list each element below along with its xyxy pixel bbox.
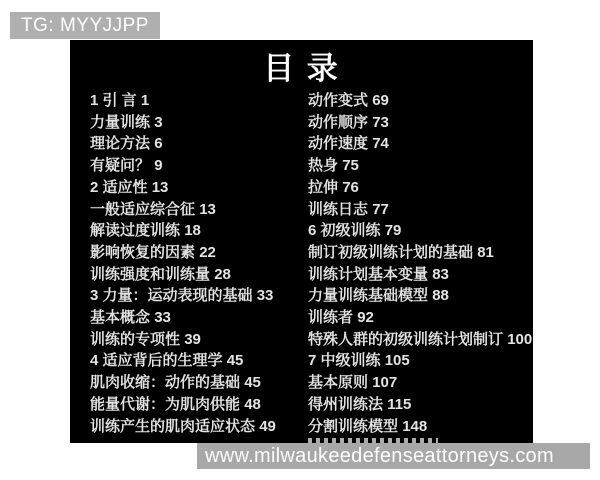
toc-entry-label: 解读过度训练 (90, 222, 180, 239)
toc-right-column: 动作变式 69动作顺序 73动作速度 74热身 75拉伸 76训练日志 776 … (308, 90, 532, 437)
toc-entry-label: 2 适应性 (90, 179, 148, 196)
toc-entry-label: 拉伸 (308, 179, 338, 196)
toc-entry-label: 有疑问？ (90, 157, 150, 174)
toc-entry-page: 45 (244, 374, 261, 391)
toc-entry-page: 73 (372, 114, 389, 131)
toc-entry-label: 力量训练 (90, 114, 150, 131)
toc-entry-label: 基本概念 (90, 309, 150, 326)
toc-entry-label: 训练强度和训练量 (90, 266, 210, 283)
toc-entry: 力量训练 3 (90, 112, 276, 134)
toc-entry: 一般适应综合征 13 (90, 199, 276, 221)
toc-page: 目 录 1 引 言 1力量训练 3理论方法 6有疑问？ 92 适应性 13一般适… (70, 40, 533, 443)
toc-entry-page: 13 (199, 201, 216, 218)
toc-entry-page: 77 (372, 201, 389, 218)
toc-entry: 3 力量：运动表现的基础 33 (90, 285, 276, 307)
toc-entry: 有疑问？ 9 (90, 155, 276, 177)
toc-entry: 拉伸 76 (308, 177, 532, 199)
toc-entry-label: 得州训练法 (308, 396, 383, 413)
toc-entry: 6 初级训练 79 (308, 220, 532, 242)
toc-entry: 训练产生的肌肉适应状态 49 (90, 416, 276, 438)
url-watermark: www.milwaukeedefenseattorneys.com (197, 443, 590, 469)
toc-entry-page: 49 (259, 418, 276, 435)
toc-entry-label: 特殊人群的初级训练计划制订 (308, 331, 503, 348)
toc-entry-label: 训练产生的肌肉适应状态 (90, 418, 255, 435)
toc-entry-page: 107 (372, 374, 397, 391)
toc-entry: 训练的专项性 39 (90, 329, 276, 351)
toc-entry: 动作变式 69 (308, 90, 532, 112)
toc-entry-label: 理论方法 (90, 135, 150, 152)
toc-entry: 力量训练基础模型 88 (308, 285, 532, 307)
toc-entry-label: 训练者 (308, 309, 353, 326)
toc-entry-label: 基本原则 (308, 374, 368, 391)
toc-entry-label: 分割训练模型 (308, 418, 398, 435)
screenshot-page: TG: MYYJJPP 目 录 1 引 言 1力量训练 3理论方法 6有疑问？ … (0, 0, 600, 480)
toc-entry-label: 训练的专项性 (90, 331, 180, 348)
toc-entry: 1 引 言 1 (90, 90, 276, 112)
toc-entry-label: 力量训练基础模型 (308, 287, 428, 304)
toc-entry-page: 3 (154, 114, 162, 131)
toc-entry-label: 动作顺序 (308, 114, 368, 131)
toc-entry: 得州训练法 115 (308, 394, 532, 416)
toc-entry-page: 6 (154, 135, 162, 152)
toc-entry: 基本原则 107 (308, 372, 532, 394)
toc-entry-label: 肌肉收缩：动作的基础 (90, 374, 240, 391)
toc-entry-label: 1 引 言 (90, 92, 137, 109)
toc-entry: 热身 75 (308, 155, 532, 177)
toc-entry-page: 22 (199, 244, 216, 261)
toc-entry-page: 33 (154, 309, 171, 326)
toc-entry-page: 9 (154, 157, 162, 174)
toc-entry: 训练计划基本变量 83 (308, 264, 532, 286)
toc-entry: 分割训练模型 148 (308, 416, 532, 438)
toc-entry: 影响恢复的因素 22 (90, 242, 276, 264)
toc-entry: 动作顺序 73 (308, 112, 532, 134)
toc-entry: 4 适应背后的生理学 45 (90, 350, 276, 372)
toc-entry-page: 79 (385, 222, 402, 239)
toc-entry: 7 中级训练 105 (308, 350, 532, 372)
toc-entry-page: 76 (342, 179, 359, 196)
toc-entry: 特殊人群的初级训练计划制订 100 (308, 329, 532, 351)
toc-entry-label: 动作变式 (308, 92, 368, 109)
toc-entry: 基本概念 33 (90, 307, 276, 329)
toc-entry-page: 18 (184, 222, 201, 239)
toc-entry-label: 3 力量：运动表现的基础 (90, 287, 253, 304)
toc-entry: 训练强度和训练量 28 (90, 264, 276, 286)
toc-entry-page: 74 (372, 135, 389, 152)
toc-entry-page: 100 (507, 331, 532, 348)
toc-entry: 解读过度训练 18 (90, 220, 276, 242)
toc-entry-page: 92 (357, 309, 374, 326)
toc-entry-label: 影响恢复的因素 (90, 244, 195, 261)
toc-entry: 能量代谢：为肌肉供能 48 (90, 394, 276, 416)
toc-entry-label: 一般适应综合征 (90, 201, 195, 218)
toc-entry-page: 83 (432, 266, 449, 283)
toc-entry: 制订初级训练计划的基础 81 (308, 242, 532, 264)
toc-entry-page: 45 (227, 352, 244, 369)
toc-entry-label: 6 初级训练 (308, 222, 381, 239)
toc-entry-page: 48 (244, 396, 261, 413)
toc-entry-label: 训练日志 (308, 201, 368, 218)
telegram-watermark-badge: TG: MYYJJPP (10, 12, 160, 39)
toc-entry-page: 75 (342, 157, 359, 174)
toc-entry-page: 33 (257, 287, 274, 304)
toc-entry-page: 28 (214, 266, 231, 283)
toc-entry-page: 115 (387, 396, 411, 413)
toc-entry-label: 制订初级训练计划的基础 (308, 244, 473, 261)
toc-entry-page: 105 (385, 352, 410, 369)
toc-entry-page: 39 (184, 331, 201, 348)
toc-entry-label: 热身 (308, 157, 338, 174)
toc-entry-page: 88 (432, 287, 449, 304)
toc-entry-label: 训练计划基本变量 (308, 266, 428, 283)
toc-entry: 训练者 92 (308, 307, 532, 329)
toc-entry-page: 1 (141, 92, 149, 109)
toc-entry: 动作速度 74 (308, 133, 532, 155)
toc-title: 目 录 (70, 43, 533, 88)
toc-entry-page: 81 (477, 244, 494, 261)
toc-entry: 理论方法 6 (90, 133, 276, 155)
toc-entry-label: 4 适应背后的生理学 (90, 352, 223, 369)
toc-entry-label: 动作速度 (308, 135, 368, 152)
toc-entry: 训练日志 77 (308, 199, 532, 221)
toc-entry-page: 69 (372, 92, 389, 109)
toc-entry: 2 适应性 13 (90, 177, 276, 199)
toc-entry-page: 13 (152, 179, 169, 196)
toc-entry-label: 7 中级训练 (308, 352, 381, 369)
toc-entry-label: 能量代谢：为肌肉供能 (90, 396, 240, 413)
toc-left-column: 1 引 言 1力量训练 3理论方法 6有疑问？ 92 适应性 13一般适应综合征… (90, 90, 276, 437)
toc-entry-page: 148 (402, 418, 427, 435)
toc-entry: 肌肉收缩：动作的基础 45 (90, 372, 276, 394)
